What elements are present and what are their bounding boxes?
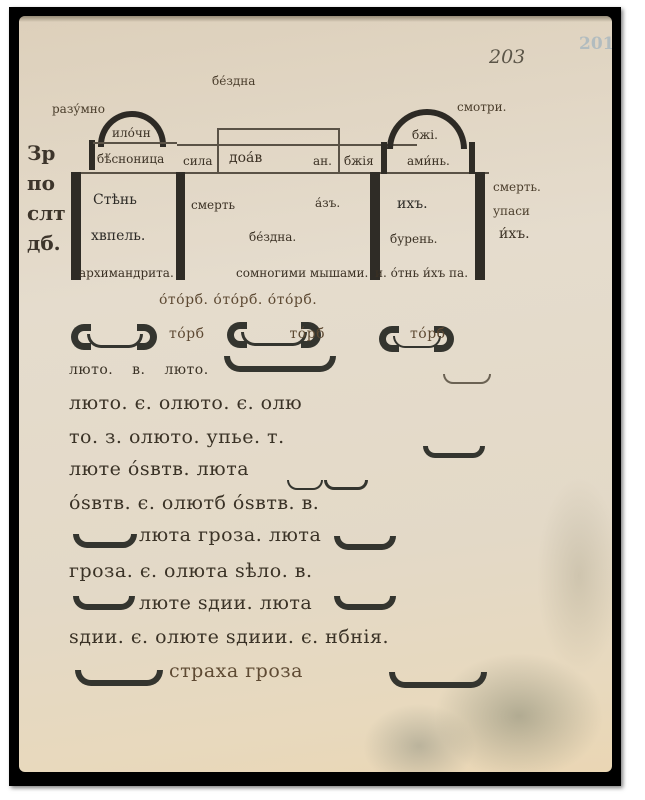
margin-initial-line: дб. (27, 228, 66, 258)
neume-swash-icon (87, 334, 143, 348)
left-body-line-2: хвпель. (91, 228, 145, 244)
right-upper-wall-left (381, 142, 387, 174)
left-arch-label: ило́чн (112, 126, 151, 140)
chant-line: то. з. олюто. упье. т. (69, 426, 285, 448)
margin-initial-line: по (27, 168, 66, 198)
middle-body-smert: смерть (191, 198, 235, 212)
middle-raised-top (217, 128, 339, 130)
left-body-line-1: Стѣнь (93, 192, 137, 208)
right-body-line-1: ихъ. (397, 196, 428, 212)
right-tower-wall-right (475, 172, 485, 280)
faded-stamp: 201 (579, 34, 612, 54)
middle-divider-2 (338, 128, 340, 172)
chant-line: о́то́рб. о́то́рб. о́то́рб. (159, 292, 317, 308)
manuscript-page: 203 201 бе́здна разу́мно смотри. Зр по с… (19, 16, 612, 772)
header-note-right: смотри. (457, 100, 506, 114)
chant-line: люта гроза. люта (139, 524, 321, 546)
chant-line: люте о́ѕвтв. люта (69, 458, 249, 480)
middle-body-somnogimi: сомногими мышами. (236, 266, 368, 280)
chant-line: о́ѕвтв. є. олютб о́ѕвтв. в. (69, 492, 319, 514)
chant-line: тóрб тóрб тóрб (169, 326, 446, 342)
right-upper-wall-right (469, 142, 475, 174)
margin-initial-line: слт (27, 198, 66, 228)
right-margin-note-3: и́хъ. (499, 226, 530, 242)
right-tower-wall-left (370, 172, 380, 280)
header-note-center: бе́здна (212, 74, 255, 88)
neume-swash-icon (334, 536, 396, 550)
folio-number: 203 (489, 46, 525, 68)
chant-line: ѕдии. є. олюте ѕдиии. є. нбнія. (69, 626, 389, 648)
margin-initials: Зр по слт дб. (27, 138, 66, 258)
neume-swash-icon (389, 672, 487, 688)
right-margin-note-1: смерть. (493, 180, 541, 194)
middle-body-az: а́зъ. (315, 196, 340, 210)
right-margin-note-2: упаси (493, 204, 530, 218)
middle-divider-1 (217, 128, 219, 172)
header-note-left: разу́мно (52, 102, 105, 116)
chant-line: люте ѕдии. люта (139, 592, 312, 614)
left-upper-cell: бѣ́сноница (97, 152, 164, 166)
chant-line: страха гроза (169, 660, 303, 682)
neume-swash-icon (224, 356, 336, 372)
neume-swash-icon (75, 670, 163, 686)
right-arch-label: бжі. (412, 128, 438, 142)
left-tower-wall-right (176, 172, 185, 280)
neume-swash-icon (443, 374, 491, 384)
middle-body-bezdna: бе́здна. (249, 230, 296, 244)
neume-swash-icon (423, 446, 485, 458)
margin-initial-line: Зр (27, 138, 66, 168)
neume-swash-icon (73, 596, 135, 610)
chant-line: люто. є. олюто. є. олю (69, 392, 302, 414)
middle-cell-doav: доа́в (229, 150, 262, 166)
neume-swash-icon (324, 480, 368, 490)
diagram-base-line (71, 172, 489, 174)
chant-line: люто. в. люто. (69, 362, 209, 378)
right-body-line-2: бурень. (390, 232, 437, 246)
left-tower-wall-left (71, 172, 81, 280)
middle-cell-sila: сила (183, 154, 213, 168)
neume-swash-icon (334, 596, 396, 610)
left-body-line-3: архимандрита. (79, 266, 174, 280)
left-upper-top (93, 142, 177, 144)
neume-swash-icon (73, 534, 137, 548)
chant-line: гроза. є. олюта ѕѣло. в. (69, 560, 313, 582)
left-upper-wall-left (89, 140, 95, 170)
middle-cell-an: ан. (313, 154, 332, 168)
right-body-line-3: и. о́тнь и́хъ па. (375, 266, 468, 280)
right-upper-cell: ами́нь. (407, 154, 450, 168)
middle-cell-bzhiya: бжія (344, 154, 374, 168)
neume-swash-icon (287, 480, 323, 490)
